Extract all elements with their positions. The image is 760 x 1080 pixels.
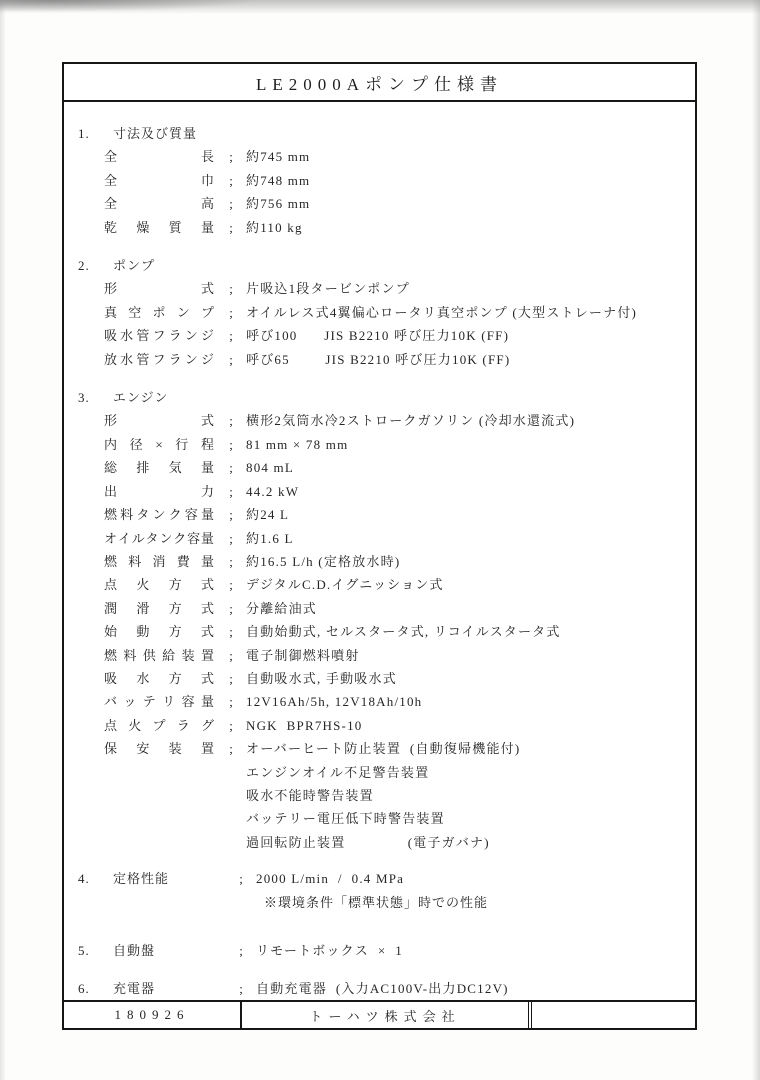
spec-value: 44.2 kW xyxy=(246,480,299,503)
spec-value: 約110 kg xyxy=(246,216,303,239)
section-heading: 4. 定格性能 ; 2000 L/min / 0.4 MPa xyxy=(78,867,695,890)
separator-colon: ; xyxy=(224,644,238,667)
spec-value: 分離給油式 xyxy=(246,597,317,620)
spec-label: 乾燥質量 xyxy=(104,216,214,239)
spec-row: オイルタンク容量 ; 約1.6 L xyxy=(104,527,695,550)
separator-colon: ; xyxy=(224,597,238,620)
spec-label: バッテリ容量 xyxy=(104,690,214,713)
separator-colon: ; xyxy=(224,503,238,526)
separator-colon: ; xyxy=(224,620,238,643)
spec-value: 約756 mm xyxy=(246,192,310,215)
section-number: 1. xyxy=(78,122,113,145)
spec-value: 804 mL xyxy=(246,456,294,479)
section-number: 3. xyxy=(78,386,113,409)
separator-colon: ; xyxy=(234,867,248,890)
section-pump: 2. ポンプ 形式 ; 片吸込1段タービンポンプ 真空ポンプ ; オイルレス式4… xyxy=(64,254,695,371)
spec-row: 形式 ; 片吸込1段タービンポンプ xyxy=(104,277,695,300)
spec-row: 真空ポンプ ; オイルレス式4翼偏心ロータリ真空ポンプ (大型ストレーナ付) xyxy=(104,301,695,324)
spec-label: 点火プラグ xyxy=(104,714,214,737)
spec-label: 燃料供給装置 xyxy=(104,644,214,667)
separator-colon: ; xyxy=(224,667,238,690)
spec-label: 内径×行程 xyxy=(104,433,214,456)
spec-value: エンジンオイル不足警告装置 xyxy=(246,761,429,784)
spec-row: 全高 ; 約756 mm xyxy=(104,192,695,215)
spec-value: 約1.6 L xyxy=(246,527,294,550)
separator-colon: ; xyxy=(224,169,238,192)
spec-label: 全巾 xyxy=(104,169,214,192)
separator-colon: ; xyxy=(224,348,238,371)
condition-note: ※環境条件「標準状態」時での性能 xyxy=(264,891,695,914)
section-title: ポンプ xyxy=(113,254,155,277)
spec-label: 全高 xyxy=(104,192,214,215)
spec-value: 自動充電器 (入力AC100V-出力DC12V) xyxy=(256,977,509,1000)
spec-value: 約748 mm xyxy=(246,169,310,192)
separator-colon: ; xyxy=(224,690,238,713)
separator-colon: ; xyxy=(224,456,238,479)
section-rated-performance: 4. 定格性能 ; 2000 L/min / 0.4 MPa ※環境条件「標準状… xyxy=(64,867,695,914)
scan-edge-left xyxy=(0,0,6,1080)
spec-label xyxy=(104,761,214,784)
spec-value: オイルレス式4翼偏心ロータリ真空ポンプ (大型ストレーナ付) xyxy=(246,301,637,324)
section-control-panel: 5. 自動盤 ; リモートボックス × 1 xyxy=(64,939,695,962)
spec-row-continuation: エンジンオイル不足警告装置 xyxy=(104,761,695,784)
scanned-spec-sheet: { "page": { "title": "LE2000Aポンプ仕様書", "s… xyxy=(0,0,760,1080)
separator-colon: ; xyxy=(224,277,238,300)
spec-value: 電子制御燃料噴射 xyxy=(246,644,360,667)
spec-value: 横形2気筒水冷2ストロークガソリン (冷却水還流式) xyxy=(246,409,575,432)
spec-value: 吸水不能時警告装置 xyxy=(246,784,374,807)
spec-label xyxy=(104,784,214,807)
spec-label: 吸水方式 xyxy=(104,667,214,690)
spec-row: 内径×行程 ; 81 mm × 78 mm xyxy=(104,433,695,456)
scan-shadow-top-left xyxy=(0,0,260,12)
spec-label xyxy=(104,807,214,830)
spec-row: 総排気量 ; 804 mL xyxy=(104,456,695,479)
spec-value: オーバーヒート防止装置 (自動復帰機能付) xyxy=(246,737,520,760)
spec-label: 総排気量 xyxy=(104,456,214,479)
spec-label: 燃料消費量 xyxy=(104,550,214,573)
spec-value: 過回転防止装置 (電子ガバナ) xyxy=(246,831,490,854)
spec-value: NGK BPR7HS-10 xyxy=(246,714,362,737)
spec-value: 約16.5 L/h (定格放水時) xyxy=(246,550,400,573)
title-bar: LE2000Aポンプ仕様書 xyxy=(64,64,695,102)
separator-colon: ; xyxy=(234,939,248,962)
spec-row: 点火方式 ; デジタルC.D.イグニッション式 xyxy=(104,573,695,596)
separator-colon: ; xyxy=(224,737,238,760)
spec-row: 全長 ; 約745 mm xyxy=(104,145,695,168)
footer-date-cell: 180926 xyxy=(64,1002,240,1028)
section-engine: 3. エンジン 形式 ; 横形2気筒水冷2ストロークガソリン (冷却水還流式) … xyxy=(64,386,695,854)
separator-colon: ; xyxy=(224,192,238,215)
spec-row: 吸水方式 ; 自動吸水式, 手動吸水式 xyxy=(104,667,695,690)
spec-value: リモートボックス × 1 xyxy=(256,939,403,962)
spec-row: 形式 ; 横形2気筒水冷2ストロークガソリン (冷却水還流式) xyxy=(104,409,695,432)
spec-value: バッテリー電圧低下時警告装置 xyxy=(246,807,445,830)
spec-value: 自動始動式, セルスタータ式, リコイルスタータ式 xyxy=(246,620,561,643)
spec-value: 81 mm × 78 mm xyxy=(246,433,348,456)
section-charger: 6. 充電器 ; 自動充電器 (入力AC100V-出力DC12V) xyxy=(64,977,695,1000)
spec-row: 放水管フランジ ; 呼び65 JIS B2210 呼び圧力10K (FF) xyxy=(104,348,695,371)
page-title: LE2000Aポンプ仕様書 xyxy=(256,70,503,95)
spec-label: 出力 xyxy=(104,480,214,503)
section-number: 6. xyxy=(78,977,113,1000)
footer-company-cell: トーハツ株式会社 xyxy=(240,1002,528,1028)
section-title: 寸法及び質量 xyxy=(113,122,197,145)
section-number: 5. xyxy=(78,939,113,962)
spec-sheet-frame: LE2000Aポンプ仕様書 1. 寸法及び質量 全長 ; 約745 mm 全巾 … xyxy=(62,62,697,1030)
separator-colon: ; xyxy=(224,301,238,324)
spec-label: 全長 xyxy=(104,145,214,168)
spec-label: オイルタンク容量 xyxy=(104,527,214,550)
spec-value: 12V16Ah/5h, 12V18Ah/10h xyxy=(246,690,422,713)
spec-row: 出力 ; 44.2 kW xyxy=(104,480,695,503)
footer-empty-cell xyxy=(528,1002,695,1028)
spec-value: 約24 L xyxy=(246,503,289,526)
spec-row-continuation: 吸水不能時警告装置 xyxy=(104,784,695,807)
spec-row: 保安装置 ; オーバーヒート防止装置 (自動復帰機能付) xyxy=(104,737,695,760)
spec-label: 真空ポンプ xyxy=(104,301,214,324)
separator-colon: ; xyxy=(234,977,248,1000)
section-heading: 2. ポンプ xyxy=(78,254,695,277)
spec-value: デジタルC.D.イグニッション式 xyxy=(246,573,444,596)
separator-colon: ; xyxy=(224,145,238,168)
spec-row: 燃料消費量 ; 約16.5 L/h (定格放水時) xyxy=(104,550,695,573)
separator-colon: ; xyxy=(224,324,238,347)
section-number: 2. xyxy=(78,254,113,277)
spec-label: 吸水管フランジ xyxy=(104,324,214,347)
spec-label: 保安装置 xyxy=(104,737,214,760)
separator-colon: ; xyxy=(224,573,238,596)
spec-row-continuation: バッテリー電圧低下時警告装置 xyxy=(104,807,695,830)
spec-label: 形式 xyxy=(104,409,214,432)
separator-colon: ; xyxy=(224,216,238,239)
spec-row-continuation: 過回転防止装置 (電子ガバナ) xyxy=(104,831,695,854)
spec-value: 2000 L/min / 0.4 MPa xyxy=(256,867,404,890)
spec-label: 潤滑方式 xyxy=(104,597,214,620)
spec-value: 自動吸水式, 手動吸水式 xyxy=(246,667,397,690)
spec-row: 点火プラグ ; NGK BPR7HS-10 xyxy=(104,714,695,737)
section-heading: 6. 充電器 ; 自動充電器 (入力AC100V-出力DC12V) xyxy=(78,977,695,1000)
spec-value: 片吸込1段タービンポンプ xyxy=(246,277,410,300)
spec-label xyxy=(104,831,214,854)
separator-colon: ; xyxy=(224,433,238,456)
section-title: 定格性能 xyxy=(113,867,224,890)
spec-value: 呼び100 JIS B2210 呼び圧力10K (FF) xyxy=(246,324,509,347)
spec-label: 放水管フランジ xyxy=(104,348,214,371)
spec-label: 点火方式 xyxy=(104,573,214,596)
section-title: 充電器 xyxy=(113,977,224,1000)
spec-row: 乾燥質量 ; 約110 kg xyxy=(104,216,695,239)
separator-colon: ; xyxy=(224,714,238,737)
separator-colon: ; xyxy=(224,550,238,573)
section-heading: 1. 寸法及び質量 xyxy=(78,122,695,145)
spec-row: 吸水管フランジ ; 呼び100 JIS B2210 呼び圧力10K (FF) xyxy=(104,324,695,347)
scan-edge-right xyxy=(752,0,760,1080)
separator-colon: ; xyxy=(224,480,238,503)
spec-content: 1. 寸法及び質量 全長 ; 約745 mm 全巾 ; 約748 mm 全高 ;… xyxy=(64,102,695,1001)
spec-label: 燃料タンク容量 xyxy=(104,503,214,526)
footer-table: 180926 トーハツ株式会社 xyxy=(64,1000,695,1028)
separator-colon: ; xyxy=(224,409,238,432)
spec-value: 約745 mm xyxy=(246,145,310,168)
section-title: エンジン xyxy=(113,386,168,409)
spec-row: 燃料供給装置 ; 電子制御燃料噴射 xyxy=(104,644,695,667)
separator-colon: ; xyxy=(224,527,238,550)
spec-row: 始動方式 ; 自動始動式, セルスタータ式, リコイルスタータ式 xyxy=(104,620,695,643)
spec-row: 全巾 ; 約748 mm xyxy=(104,169,695,192)
spec-row: バッテリ容量 ; 12V16Ah/5h, 12V18Ah/10h xyxy=(104,690,695,713)
spec-label: 始動方式 xyxy=(104,620,214,643)
section-number: 4. xyxy=(78,867,113,890)
section-dimensions: 1. 寸法及び質量 全長 ; 約745 mm 全巾 ; 約748 mm 全高 ;… xyxy=(64,122,695,239)
section-heading: 3. エンジン xyxy=(78,386,695,409)
spec-label: 形式 xyxy=(104,277,214,300)
spec-row: 潤滑方式 ; 分離給油式 xyxy=(104,597,695,620)
section-title: 自動盤 xyxy=(113,939,224,962)
spec-value: 呼び65 JIS B2210 呼び圧力10K (FF) xyxy=(246,348,510,371)
section-heading: 5. 自動盤 ; リモートボックス × 1 xyxy=(78,939,695,962)
spec-row: 燃料タンク容量 ; 約24 L xyxy=(104,503,695,526)
